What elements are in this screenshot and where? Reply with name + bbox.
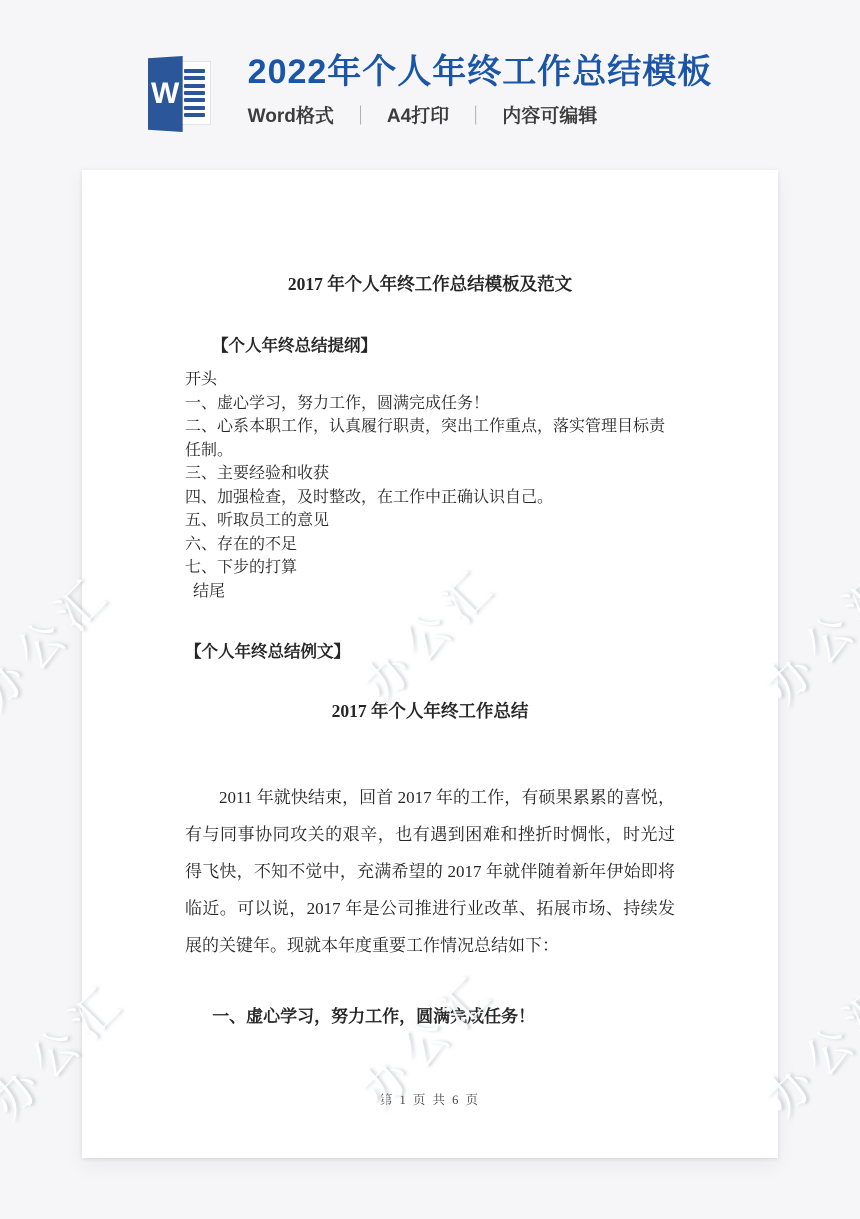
outline-item: 结尾 bbox=[185, 580, 675, 604]
feature-separator: ｜ bbox=[466, 101, 485, 128]
outline-item: 六、存在的不足 bbox=[185, 533, 675, 557]
header-text: 2022年个人年终工作总结模板 Word格式 ｜ A4打印 ｜ 内容可编辑 bbox=[248, 52, 713, 128]
outline-item: 四、加强检查，及时整改，在工作中正确认识自己。 bbox=[185, 486, 675, 510]
outline-item: 七、下步的打算 bbox=[185, 556, 675, 580]
body-paragraph: 2011 年就快结束，回首 2017 年的工作，有硕果累累的喜悦，有与同事协同攻… bbox=[185, 779, 675, 964]
header: W 2022年个人年终工作总结模板 Word格式 ｜ A4打印 ｜ 内容可编辑 bbox=[0, 52, 860, 132]
example-title: 2017 年个人年终工作总结 bbox=[185, 699, 675, 724]
feature-editable: 内容可编辑 bbox=[502, 101, 597, 128]
page-number-footer: 第 1 页 共 6 页 bbox=[82, 1090, 778, 1108]
outline-item: 三、主要经验和收获 bbox=[185, 462, 675, 486]
outline-item: 开头 bbox=[185, 368, 675, 392]
feature-list: Word格式 ｜ A4打印 ｜ 内容可编辑 bbox=[248, 101, 598, 128]
feature-a4-print: A4打印 bbox=[387, 101, 449, 128]
section-heading: 一、虚心学习，努力工作，圆满完成任务！ bbox=[185, 1004, 675, 1029]
page-background: W 2022年个人年终工作总结模板 Word格式 ｜ A4打印 ｜ 内容可编辑 … bbox=[0, 0, 860, 1219]
word-icon: W bbox=[148, 56, 212, 132]
outline-list: 开头 一、虚心学习，努力工作，圆满完成任务！ 二、心系本职工作，认真履行职责，突… bbox=[185, 368, 675, 603]
document-page-preview: 2017 年个人年终工作总结模板及范文 【个人年终总结提纲】 开头 一、虚心学习… bbox=[82, 170, 778, 1158]
outline-heading: 【个人年终总结提纲】 bbox=[185, 334, 675, 357]
template-title: 2022年个人年终工作总结模板 bbox=[248, 52, 713, 92]
feature-word-format: Word格式 bbox=[248, 101, 334, 128]
feature-separator: ｜ bbox=[351, 101, 370, 128]
outline-item: 五、听取员工的意见 bbox=[185, 509, 675, 533]
example-heading: 【个人年终总结例文】 bbox=[185, 640, 675, 663]
outline-item: 二、心系本职工作，认真履行职责，突出工作重点，落实管理目标责任制。 bbox=[185, 415, 675, 462]
word-icon-letter: W bbox=[148, 56, 183, 132]
document-title: 2017 年个人年终工作总结模板及范文 bbox=[185, 170, 675, 297]
outline-item: 一、虚心学习，努力工作，圆满完成任务！ bbox=[185, 392, 675, 416]
